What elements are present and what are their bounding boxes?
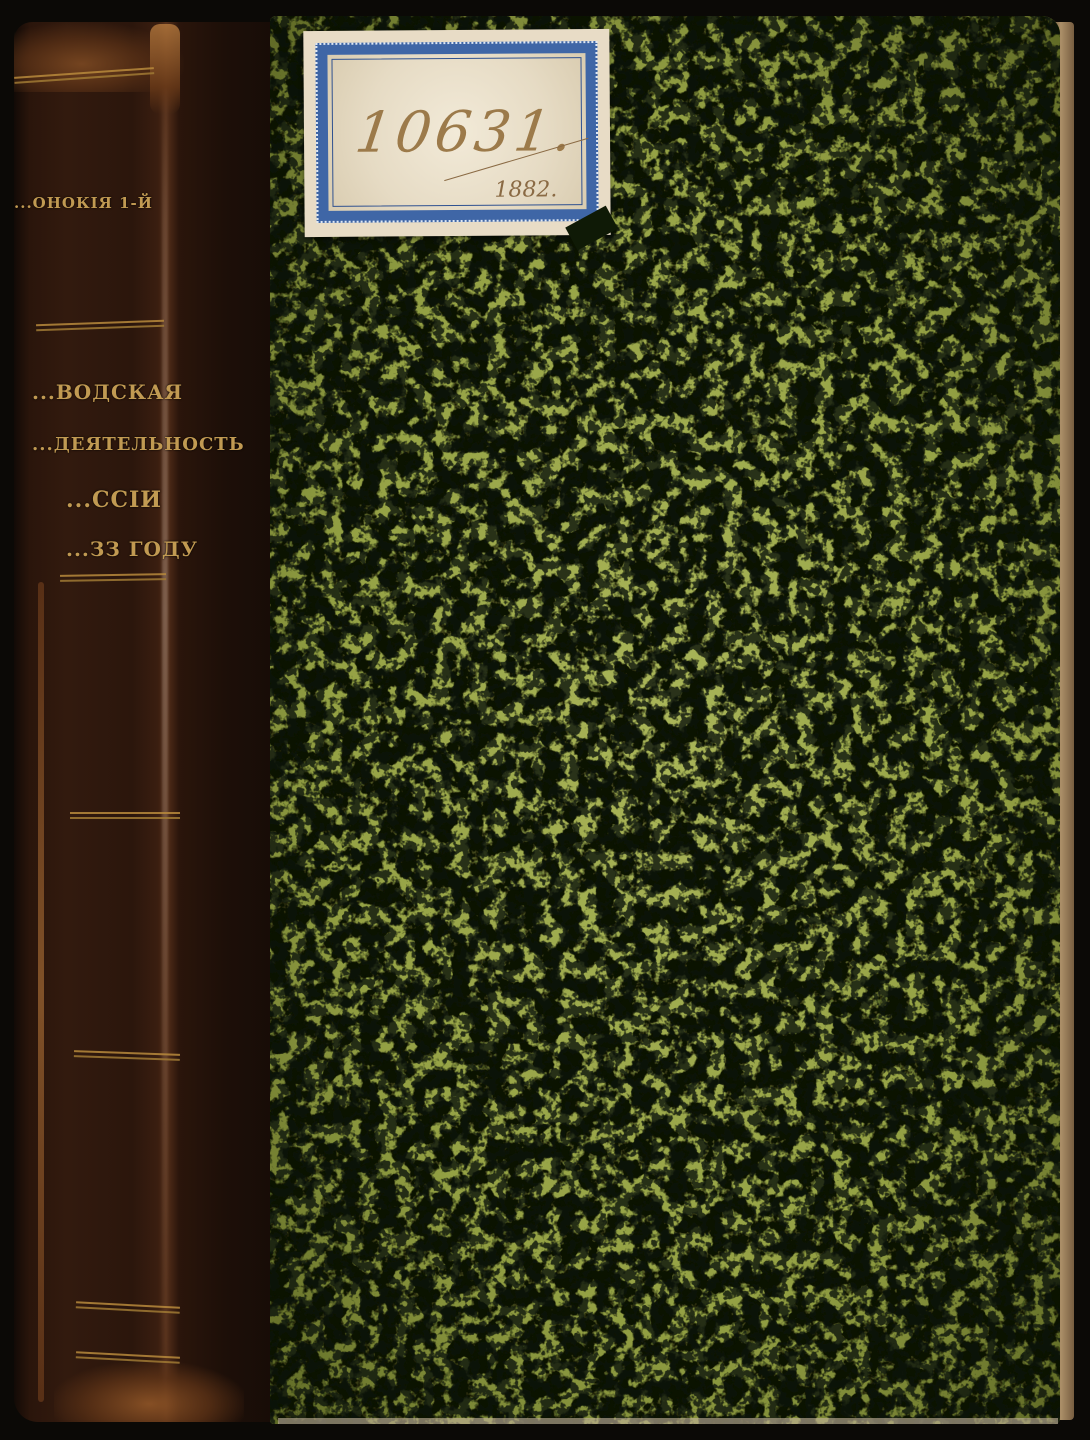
spine-hinge [38,582,44,1402]
gilt-rule [60,573,166,577]
gilt-rule [70,812,180,814]
library-label: 10631. 1882. [303,29,610,237]
spine-wear-bottom [54,1362,244,1422]
spine-text-line: ...ВОДСКАЯ [32,380,183,404]
gilt-rule [36,320,164,326]
catalog-number: 10631. [352,99,581,166]
catalog-year: 1882. [494,177,557,202]
book-spine: ...ОНОКІЯ 1-Й ...ВОДСКАЯ ...ДЕЯТЕЛЬНОСТЬ… [14,22,276,1422]
cover-bottom-edge [278,1418,1058,1424]
spine-text-line: ...ЗЗ ГОДУ [66,537,198,561]
spine-text-line: ...ДЕЯТЕЛЬНОСТЬ [32,434,245,455]
spine-text-line: ...ССІИ [66,487,162,513]
spine-highlight [162,82,168,1402]
spine-text-line: ...ОНОКІЯ 1-Й [14,194,153,212]
